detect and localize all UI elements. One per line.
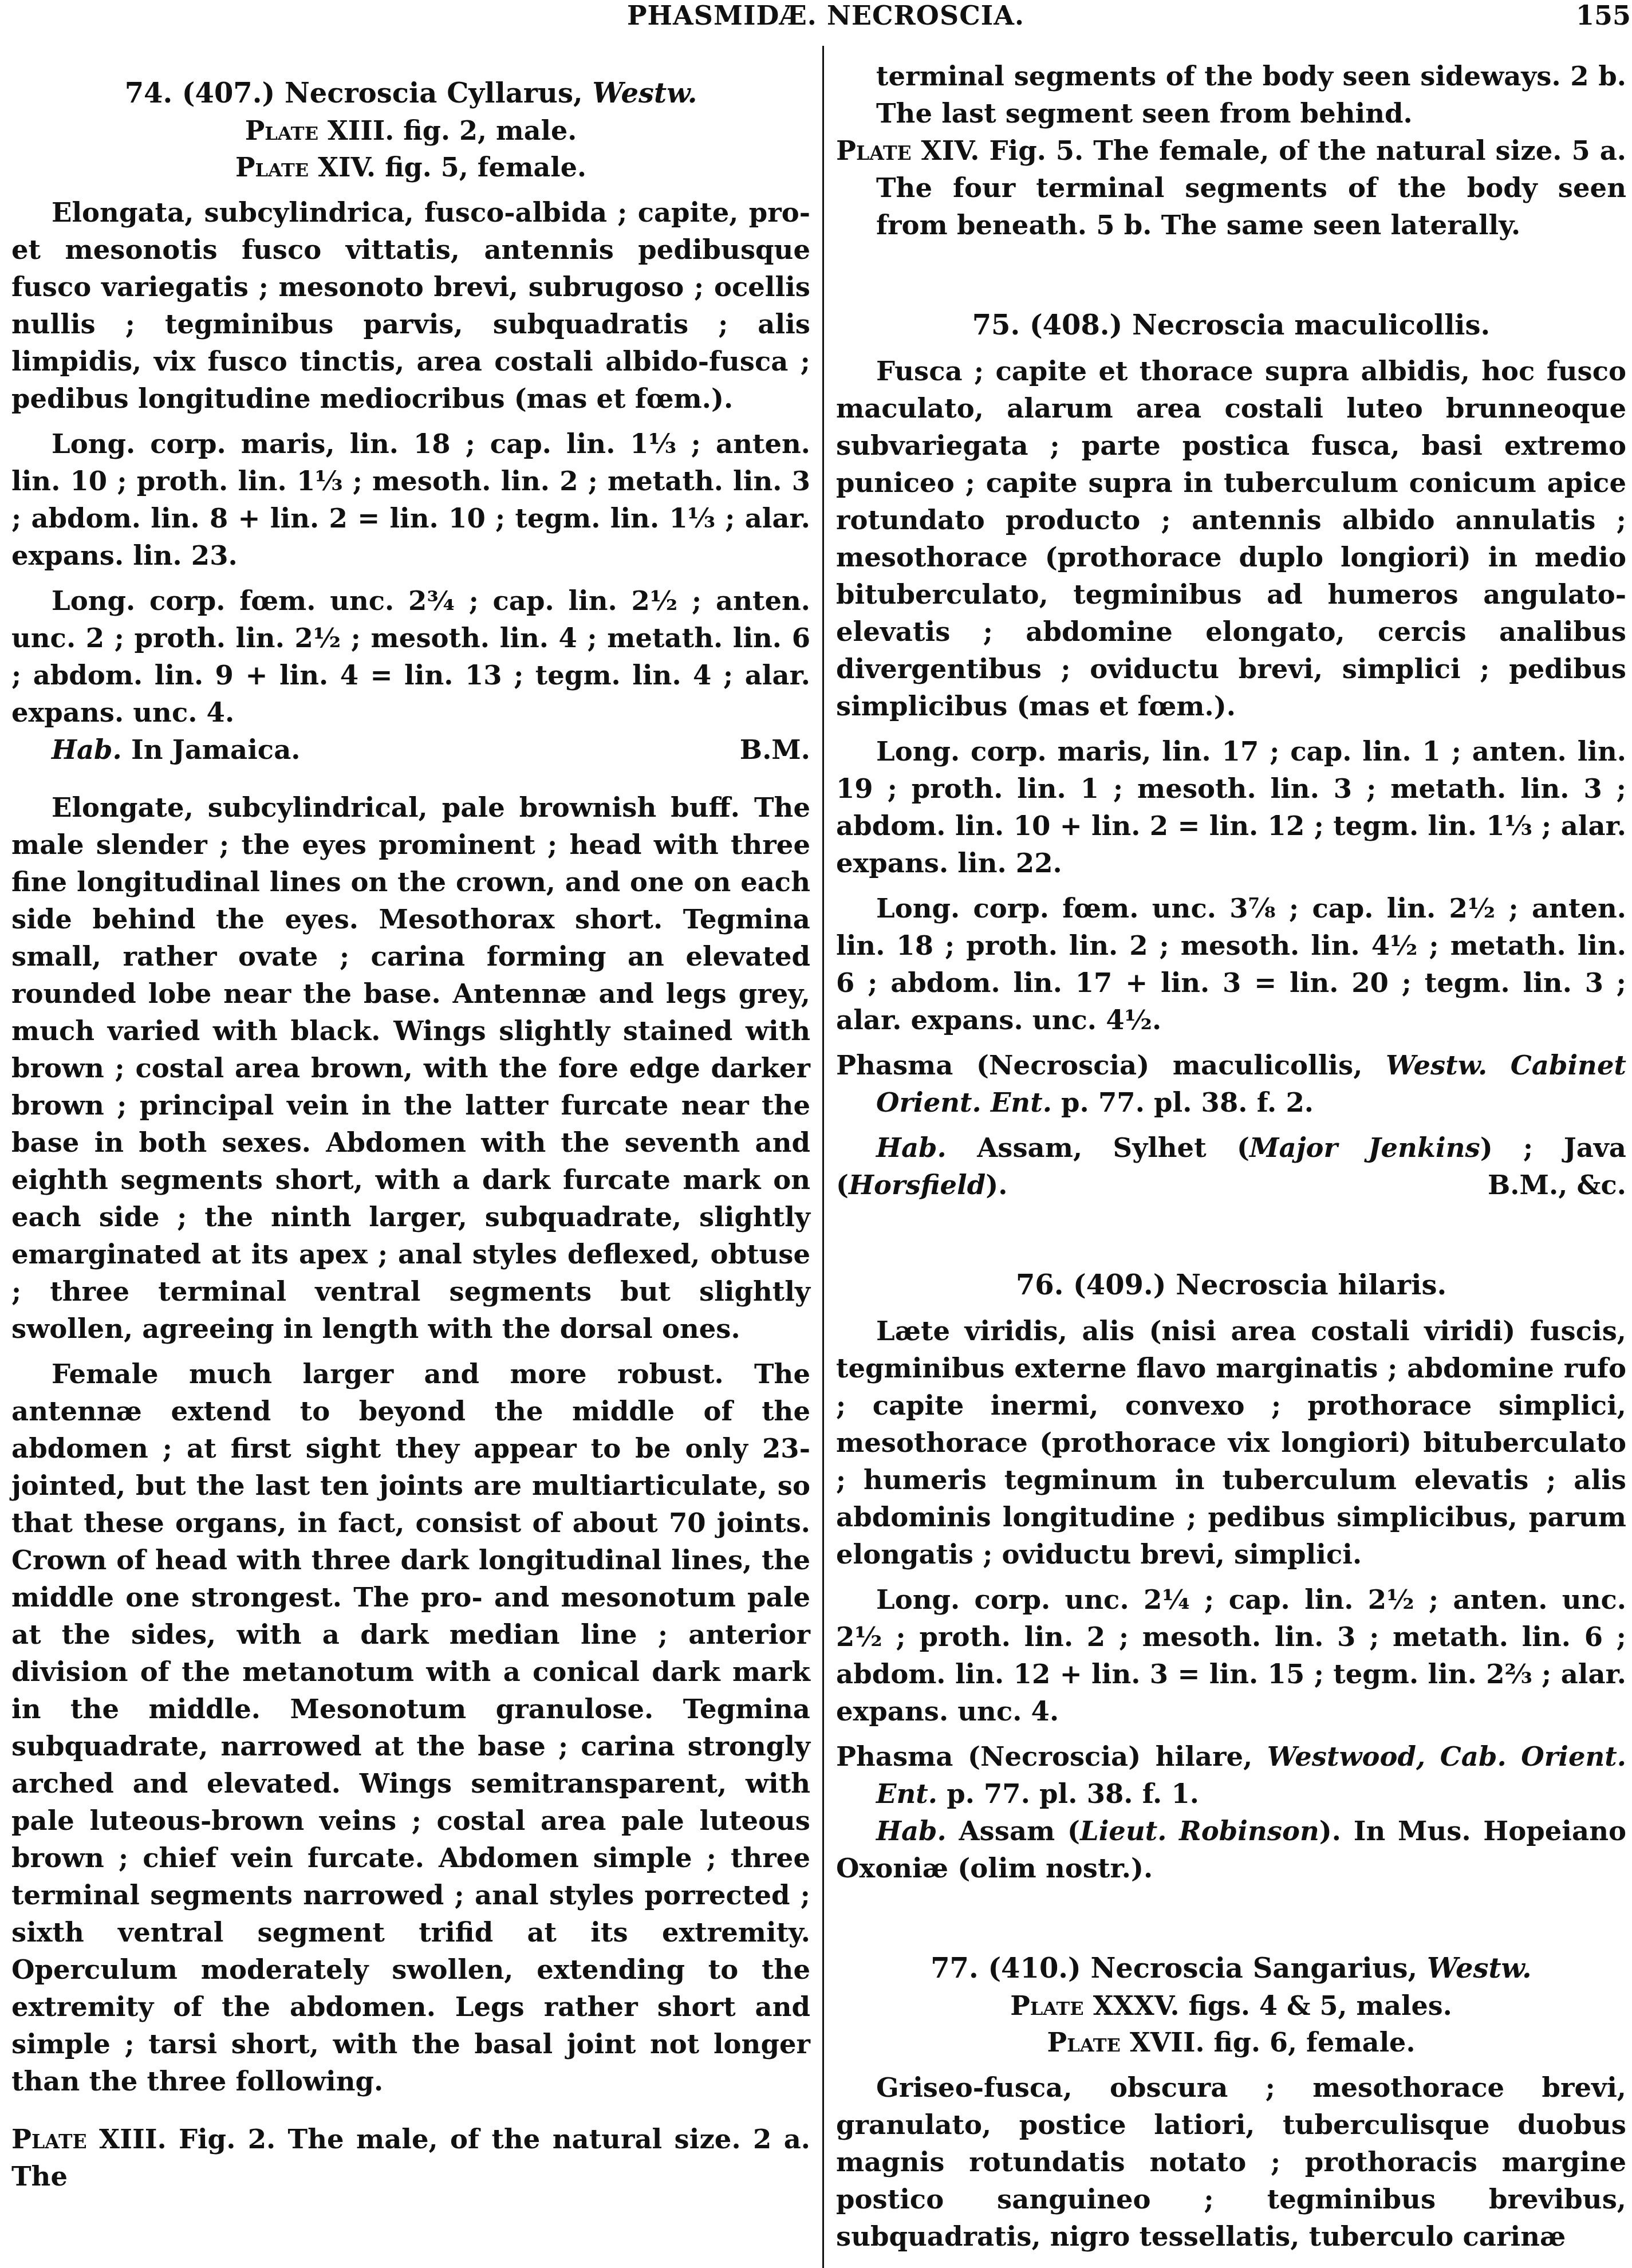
species-75-title: 75. (408.) Necroscia maculicollis. <box>836 306 1626 344</box>
habitat-line: Hab. Assam, Sylhet (Major Jenkins) ; Jav… <box>836 1129 1626 1203</box>
plate-caption: Plate XIV. Fig. 5. The female, of the na… <box>836 132 1626 243</box>
species-name: Necroscia hilaris. <box>1176 1269 1446 1301</box>
plate-reference: Plate XXXV. figs. 4 & 5, males. <box>836 1987 1626 2024</box>
synonym-ref: p. 77. pl. 38. f. 2. <box>1061 1086 1314 1118</box>
plate-caption-continued: terminal segments of the body seen sidew… <box>836 57 1626 132</box>
species-number: 77. (410.) <box>931 1952 1081 1984</box>
plate-reference: Plate XVII. fig. 6, female. <box>836 2024 1626 2061</box>
synonym-reference: Phasma (Necroscia) maculicollis, Westw. … <box>836 1046 1626 1121</box>
latin-description: Griseo-fusca, obscura ; mesothorace brev… <box>836 2069 1626 2255</box>
english-description-female: Female much larger and more robust. The … <box>11 1355 810 2100</box>
habitat-text: ). <box>985 1169 1007 1200</box>
measurements-female: Long. corp. fœm. unc. 2¾ ; cap. lin. 2½ … <box>11 582 810 731</box>
latin-description: Læte viridis, alis (nisi area costali vi… <box>836 1312 1626 1573</box>
plate-reference: Plate XIII. fig. 2, male. <box>11 112 810 149</box>
species-name: Necroscia maculicollis. <box>1132 309 1490 341</box>
plate-caption: Plate XIII. Fig. 2. The male, of the nat… <box>11 2120 810 2195</box>
habitat-text: Assam ( <box>959 1815 1080 1846</box>
collection: B.M., &c. <box>1448 1166 1626 1203</box>
synonym-ref: p. 77. pl. 38. f. 1. <box>947 1778 1199 1809</box>
synonym-text: Phasma (Necroscia) hilare, <box>836 1741 1252 1772</box>
measurements-female: Long. corp. fœm. unc. 3⅞ ; cap. lin. 2½ … <box>836 889 1626 1038</box>
plate-text: XIII. fig. 2, male. <box>328 115 577 146</box>
species-author: Westw. <box>592 77 697 109</box>
habitat-label: Hab. <box>876 1132 947 1163</box>
plate-text: XIV. fig. 5, female. <box>318 152 586 183</box>
species-name: Necroscia Sangarius, <box>1090 1952 1417 1984</box>
running-head: PHASMIDÆ. NECROSCIA. <box>627 0 1024 31</box>
collector: Horsfield <box>849 1169 985 1200</box>
plate-text: XVII. fig. 6, female. <box>1130 2027 1415 2058</box>
collector: Lieut. Robinson <box>1080 1815 1319 1846</box>
plate-label: Plate <box>1010 1990 1083 2021</box>
habitat-line: Hab. Assam (Lieut. Robinson). In Mus. Ho… <box>836 1812 1626 1887</box>
collector: Major Jenkins <box>1249 1132 1480 1163</box>
plate-text: XXXV. figs. 4 & 5, males. <box>1093 1990 1452 2021</box>
habitat-label: Hab. <box>876 1815 947 1846</box>
plate-label: Plate <box>245 115 318 146</box>
species-author: Westw. <box>1427 1952 1532 1984</box>
right-column: terminal segments of the body seen sidew… <box>836 57 1626 2255</box>
species-name: Necroscia Cyllarus, <box>285 77 583 109</box>
measurements-male: Long. corp. maris, lin. 17 ; cap. lin. 1… <box>836 733 1626 881</box>
column-divider <box>822 46 824 2268</box>
habitat-text: Assam, Sylhet ( <box>977 1132 1249 1163</box>
synonym-text: Phasma (Necroscia) maculicollis, <box>836 1049 1362 1081</box>
species-number: 74. (407.) <box>125 77 275 109</box>
latin-description: Elongata, subcylindrica, fusco-albida ; … <box>11 194 810 417</box>
collection: B.M. <box>740 731 810 768</box>
synonym-reference: Phasma (Necroscia) hilare, Westwood, Cab… <box>836 1738 1626 1812</box>
page-header: PHASMIDÆ. NECROSCIA. 155 <box>0 0 1632 46</box>
habitat-text: In Jamaica. <box>131 734 301 765</box>
latin-description: Fusca ; capite et thorace supra albidis,… <box>836 352 1626 724</box>
plate-label: Plate <box>11 2123 87 2155</box>
habitat-line: Hab. In Jamaica. B.M. <box>11 731 810 768</box>
measurements-male: Long. corp. maris, lin. 18 ; cap. lin. 1… <box>11 425 810 574</box>
species-number: 75. (408.) <box>972 309 1123 341</box>
plate-label: Plate <box>1047 2027 1121 2058</box>
left-column: 74. (407.) Necroscia Cyllarus, Westw. Pl… <box>11 74 810 2195</box>
plate-caption-text: XIII. Fig. 2. The male, of the natural s… <box>11 2123 810 2192</box>
plate-caption-text: XIV. Fig. 5. The female, of the natural … <box>876 135 1626 241</box>
page-number: 155 <box>1576 0 1631 31</box>
habitat-label: Hab. <box>52 734 122 765</box>
species-74-title: 74. (407.) Necroscia Cyllarus, Westw. <box>11 74 810 112</box>
english-description: Elongate, subcylindrical, pale brownish … <box>11 789 810 1347</box>
measurements: Long. corp. unc. 2¼ ; cap. lin. 2½ ; ant… <box>836 1581 1626 1730</box>
species-76-title: 76. (409.) Necroscia hilaris. <box>836 1266 1626 1304</box>
species-number: 76. (409.) <box>1016 1269 1166 1301</box>
species-77-title: 77. (410.) Necroscia Sangarius, Westw. <box>836 1950 1626 1987</box>
plate-label: Plate <box>235 152 309 183</box>
plate-reference: Plate XIV. fig. 5, female. <box>11 149 810 186</box>
plate-label: Plate <box>836 135 912 166</box>
